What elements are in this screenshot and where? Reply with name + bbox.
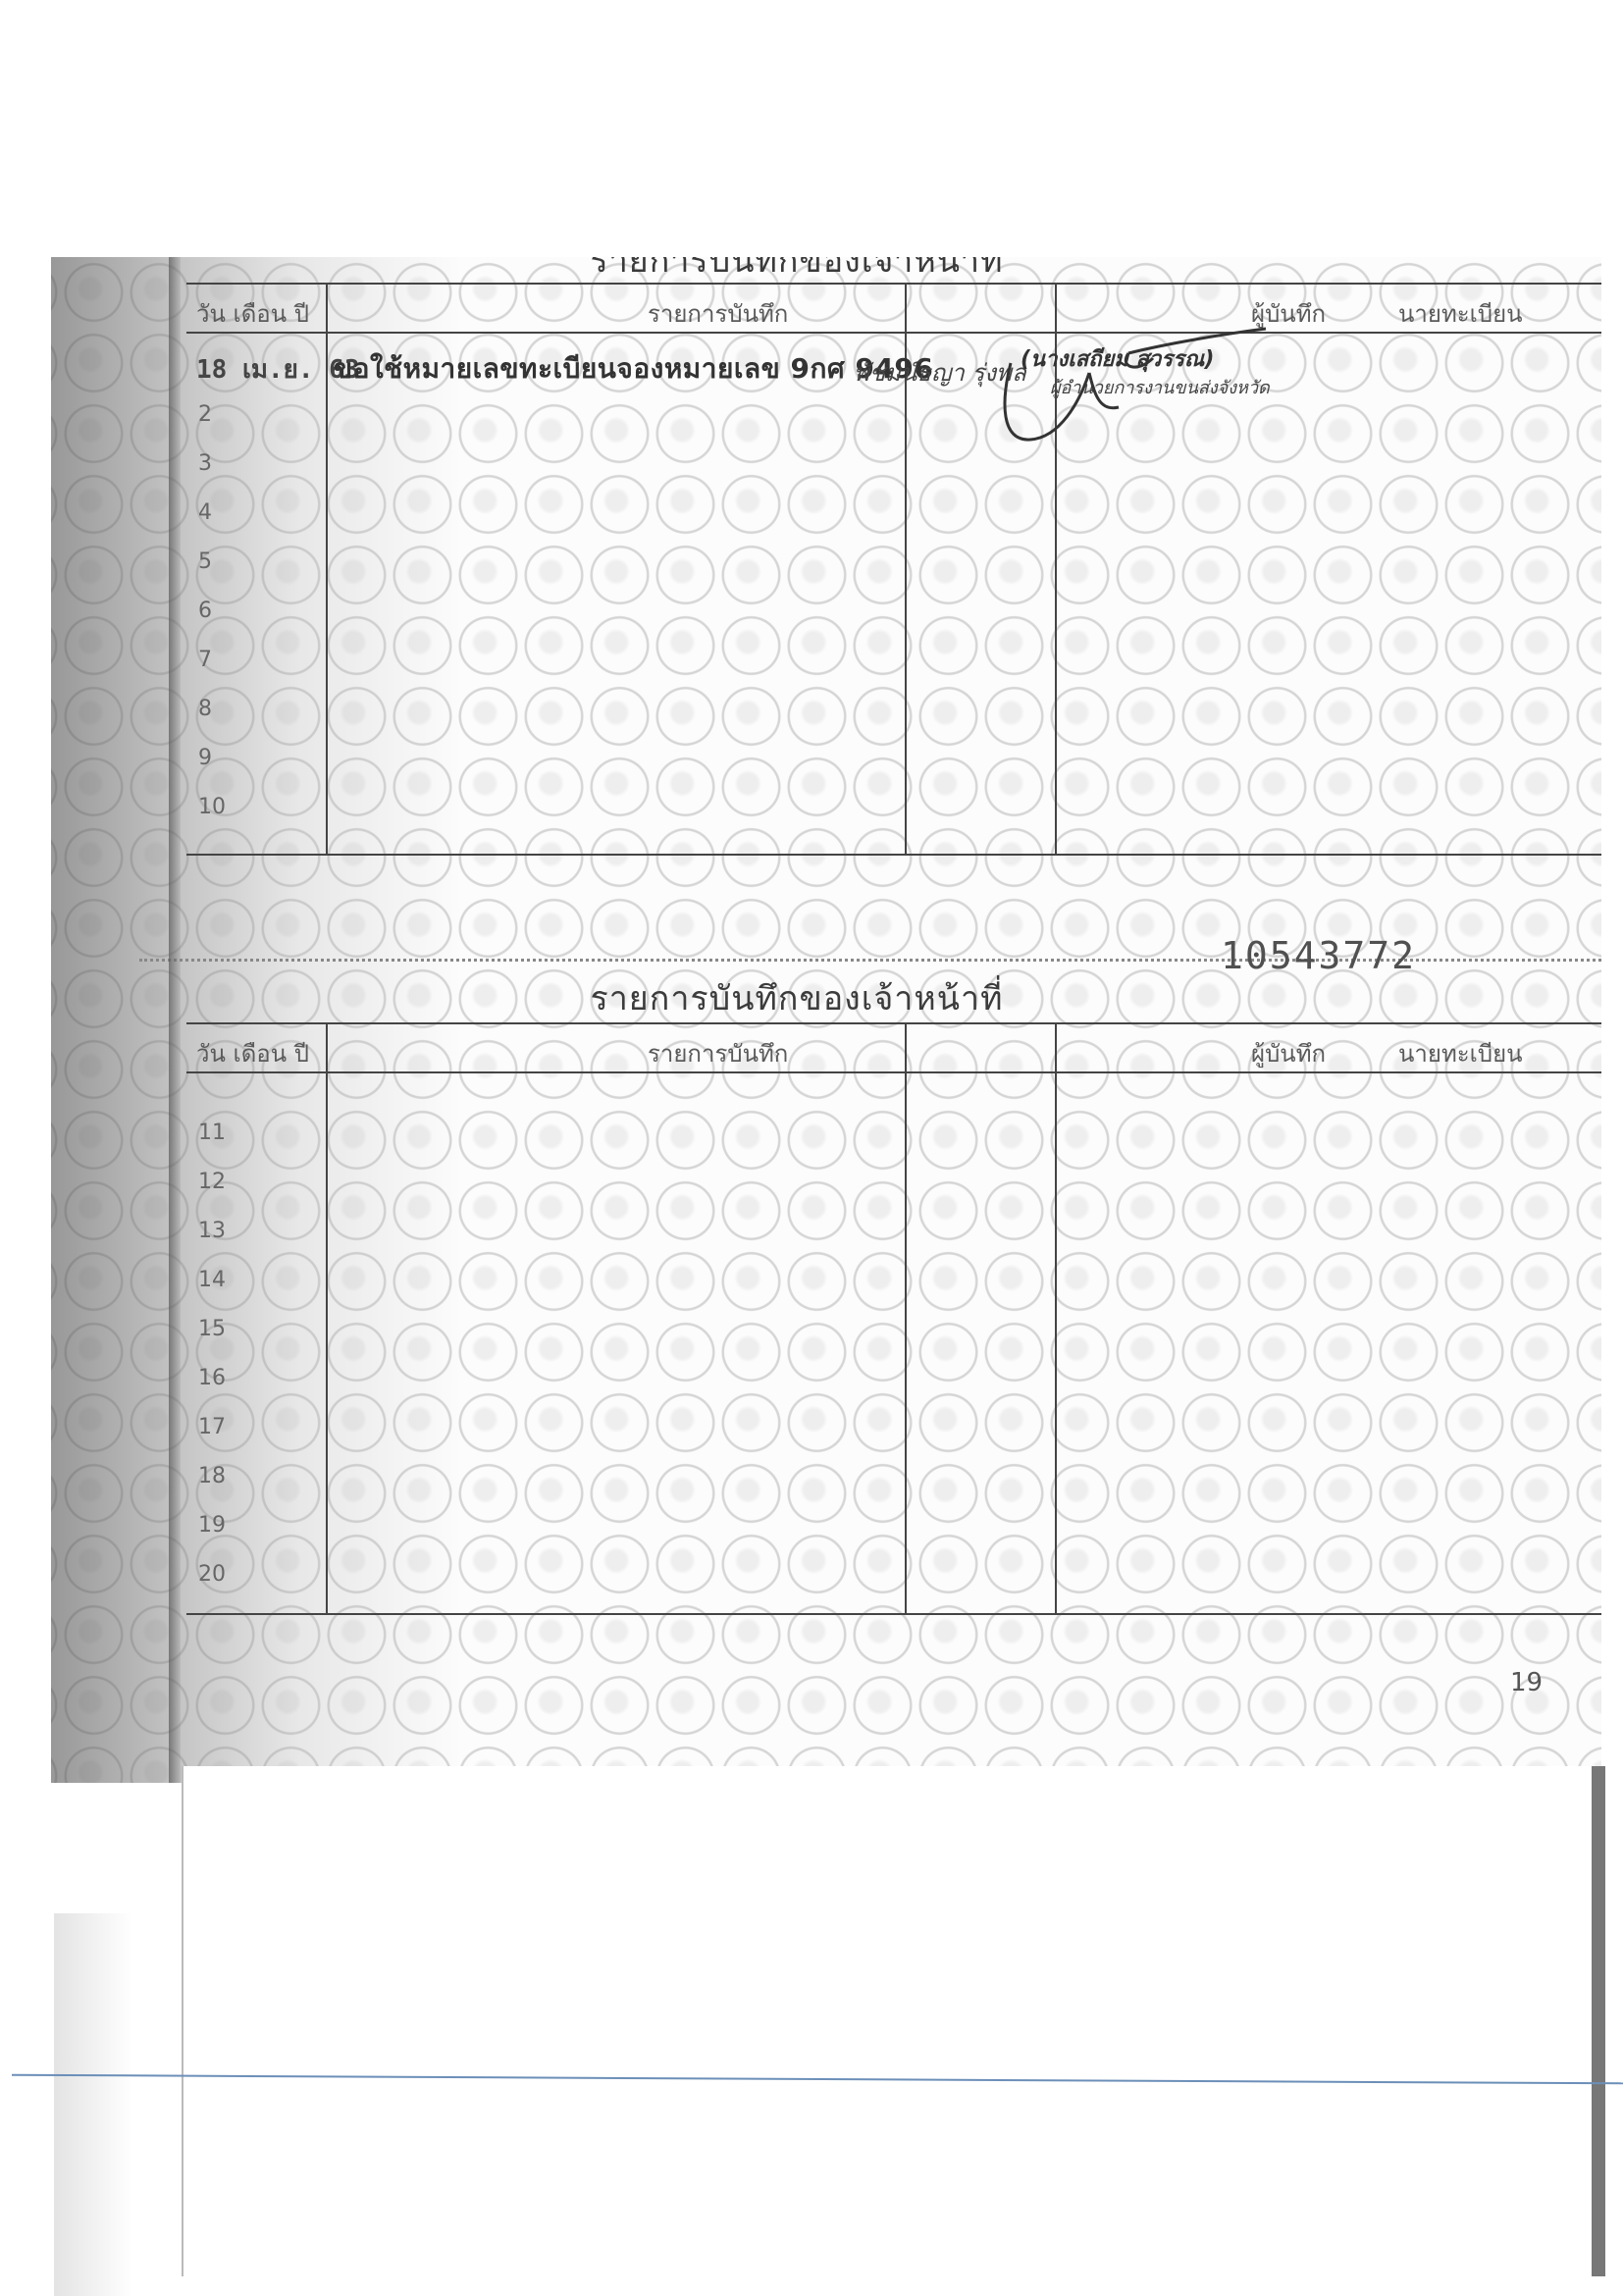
row-number: 11 xyxy=(198,1121,226,1145)
registration-book-page: รายการบันทึกของเจ้าหน้าที่ วัน เดือน ปี … xyxy=(51,257,1601,1783)
row-number: 20 xyxy=(198,1562,226,1587)
row-number: 8 xyxy=(198,697,212,721)
page-number: 19 xyxy=(1510,1668,1543,1697)
table-header: วัน เดือน ปี รายการบันทึก ผู้บันทึก นายท… xyxy=(186,285,1601,334)
record-table-2: วัน เดือน ปี รายการบันทึก ผู้บันทึก นายท… xyxy=(186,1022,1601,1615)
row-number: 7 xyxy=(198,648,212,672)
col-header-date: วัน เดือน ปี xyxy=(196,294,309,333)
col-header-recorder: ผู้บันทึก xyxy=(1251,1034,1326,1072)
row-number: 13 xyxy=(198,1219,226,1243)
underlying-page xyxy=(182,1766,1605,2276)
column-divider xyxy=(905,1024,907,1613)
record-table-1: วัน เดือน ปี รายการบันทึก ผู้บันทึก นายท… xyxy=(186,283,1601,856)
officer-record-section-1: รายการบันทึกของเจ้าหน้าที่ วัน เดือน ปี … xyxy=(51,257,1601,964)
row-number: 19 xyxy=(198,1513,226,1538)
signature-icon xyxy=(971,324,1295,451)
row-number: 12 xyxy=(198,1170,226,1194)
section-title: รายการบันทึกของเจ้าหน้าที่ xyxy=(51,971,1601,1024)
officer-record-section-2: 10543772 รายการบันทึกของเจ้าหน้าที่ วัน … xyxy=(51,964,1601,1748)
col-header-entry: รายการบันทึก xyxy=(648,294,788,333)
row-number: 3 xyxy=(198,451,212,476)
column-divider xyxy=(1055,1024,1057,1613)
col-header-entry: รายการบันทึก xyxy=(648,1034,788,1072)
col-header-registrar: นายทะเบียน xyxy=(1398,1034,1523,1072)
row-number: 10 xyxy=(198,795,226,819)
row-number: 18 xyxy=(198,1464,226,1488)
row-number: 16 xyxy=(198,1366,226,1390)
row-number: 17 xyxy=(198,1415,226,1439)
row-number: 6 xyxy=(198,599,212,623)
row-number: 5 xyxy=(198,549,212,574)
col-header-registrar: นายทะเบียน xyxy=(1398,294,1523,333)
col-header-date: วัน เดือน ปี xyxy=(196,1034,309,1072)
row-number: 2 xyxy=(198,402,212,427)
scan-shadow xyxy=(54,1913,132,2296)
row-number: 14 xyxy=(198,1268,226,1292)
row-number: 15 xyxy=(198,1317,226,1341)
row-number: 4 xyxy=(198,500,212,525)
row-number: 9 xyxy=(198,746,212,770)
entry-text: ขอใช้หมายเลขทะเบียนจองหมายเลข 9กศ 9496 xyxy=(334,347,933,391)
table-header: วัน เดือน ปี รายการบันทึก ผู้บันทึก นายท… xyxy=(186,1024,1601,1073)
column-divider xyxy=(326,1024,328,1613)
